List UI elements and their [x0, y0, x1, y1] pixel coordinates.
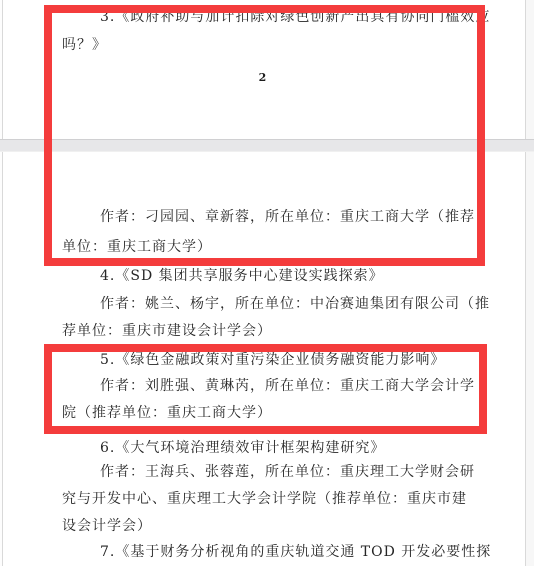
entry-7-title: 7.《基于财务分析视角的重庆轨道交通 TOD 开发必要性探: [100, 543, 491, 562]
page-outside-margin: [526, 0, 534, 566]
entry-4-title: 4.《SD 集团共享服务中心建设实践探索》: [100, 267, 384, 286]
entry-4-authors-line-2: 荐单位：重庆市建设会计学会）: [62, 322, 272, 341]
document-viewport: 3.《政府补助与加计扣除对绿色创新产出具有协同门槛效应 吗？》 2 作者：刁园园…: [0, 0, 534, 566]
entry-6-authors-line-3: 设会计学会）: [62, 517, 152, 536]
entry-6-authors-line-1: 作者：王海兵、张蓉莲，所在单位：重庆理工大学财会研: [100, 463, 475, 482]
entry-6-title: 6.《大气环境治理绩效审计框架构建研究》: [100, 439, 385, 458]
page-left-edge: [2, 0, 3, 566]
highlight-box-entry-3: [44, 5, 485, 266]
entry-4-authors-line-1: 作者：姚兰、杨宇，所在单位：中冶赛迪集团有限公司（推: [100, 295, 490, 314]
highlight-box-entry-5: [44, 344, 487, 434]
page-right-edge: [525, 0, 526, 566]
entry-6-authors-line-2: 究与开发中心、重庆理工大学会计学院（推荐单位：重庆市建: [62, 490, 467, 509]
